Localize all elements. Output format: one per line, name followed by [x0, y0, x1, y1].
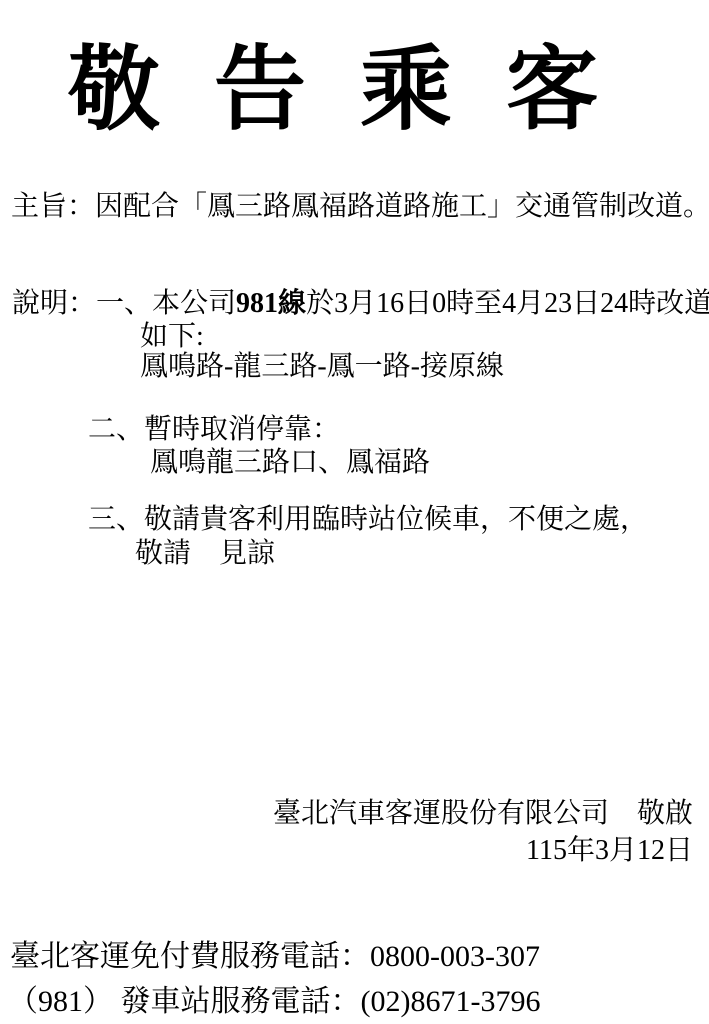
- notice-page: 敬告乘客 主旨：因配合「鳳三路鳳福路道路施工」交通管制改道。 說明：一、本公司9…: [0, 0, 709, 1024]
- explanation-item3-line1: 三、敬請貴客利用臨時站位候車，不便之處，: [88, 503, 648, 537]
- page-title: 敬告乘客: [68, 40, 652, 141]
- explanation-label: 說明：: [12, 288, 96, 319]
- footer-depot-phone: （981） 發車站服務電話：(02)8671-3796: [8, 976, 540, 1020]
- explanation-item2-line1: 二、暫時取消停靠：: [88, 413, 340, 447]
- subject-line: 主旨：因配合「鳳三路鳳福路道路施工」交通管制改道。: [11, 190, 709, 224]
- footer-toll-free-phone: 臺北客運免付費服務電話：0800-003-307: [10, 931, 540, 975]
- signature-company: 臺北汽車客運股份有限公司 敬啟: [273, 797, 693, 831]
- item1-route-number: 981線: [236, 288, 306, 319]
- item1-number: 一、: [96, 288, 152, 319]
- item1-text-after: 於3月16日0時至4月23日24時改道: [306, 288, 709, 319]
- item1-text-before: 本公司: [152, 288, 236, 319]
- explanation-item1-line2: 如下:: [140, 320, 204, 354]
- signature-date: 115年3月12日: [526, 834, 693, 868]
- explanation-item3-line2: 敬請 見諒: [135, 537, 275, 571]
- explanation-item1-line1: 說明：一、本公司981線於3月16日0時至4月23日24時改道: [12, 287, 709, 321]
- explanation-item2-cancelled-stops: 鳳鳴龍三路口、鳳福路: [150, 446, 430, 480]
- explanation-item1-detour-route: 鳳鳴路-龍三路-鳳一路-接原線: [140, 350, 504, 384]
